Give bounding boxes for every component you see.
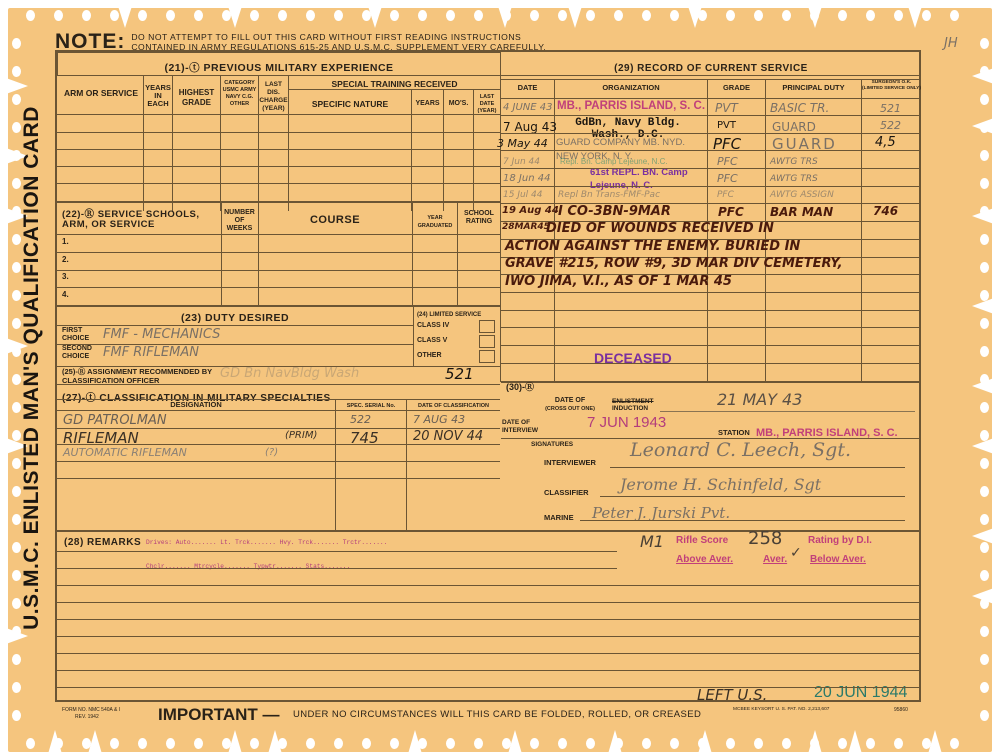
col-surgeon-ok: SURGEON'S O.K. (LIMITED SERVICE ONLY) — [862, 80, 921, 92]
service-org-4: Repl. Bn. Camp Lejeune, N.C. — [560, 157, 668, 166]
first-choice-label: FIRST CHOICE — [62, 327, 102, 343]
classification-designation: RIFLEMAN — [63, 429, 139, 447]
classification-serial: 745 — [350, 429, 379, 447]
service-schools-title: (22)-Ⓡ SERVICE SCHOOLS, ARM, OR SERVICE — [62, 210, 222, 230]
death-date: 28MAR45 — [502, 222, 550, 232]
service-row-line — [501, 345, 921, 346]
service-org-7: I CO-3BN-9MAR — [558, 204, 671, 219]
limited-option-label: CLASS IV — [417, 322, 449, 330]
rifle-rating-label: Rating by D.I. — [808, 535, 872, 546]
col-category: CATEGORY USMC ARMY NAVY C.G. OTHER — [221, 80, 258, 108]
signatures-label: SIGNATURES — [531, 441, 573, 449]
service-grade-4: PFC — [717, 155, 738, 168]
col-principal-duty: PRINCIPAL DUTY — [766, 84, 861, 92]
service-code-7: 746 — [873, 204, 898, 218]
col-specific-nature: SPECIFIC NATURE — [289, 100, 411, 108]
col-date: DATE — [501, 84, 554, 92]
service-row-line — [501, 168, 921, 169]
service-grade-2: PVT — [717, 120, 736, 131]
school-row-number: 2. — [62, 256, 69, 264]
limited-option-label: CLASS V — [417, 337, 447, 345]
col-discharge: LAST DIS. CHARGE (YEAR) — [259, 81, 288, 113]
remark-line — [57, 568, 617, 569]
induction-label: INDUCTION — [612, 405, 648, 413]
classification-note: (PRIM) — [285, 430, 317, 441]
col-date-classification: DATE OF CLASSIFICATION — [407, 402, 500, 410]
service-code-1: 521 — [880, 102, 901, 115]
interview-date-label: DATE OF INTERVIEW — [502, 419, 552, 435]
service-date-3: 3 May 44 — [497, 137, 548, 150]
current-service-title: (29) RECORD OF CURRENT SERVICE — [501, 63, 921, 74]
service-org-5: 61st REPL. BN. Camp Lejeune, N. C. — [590, 166, 700, 192]
classification-designation: AUTOMATIC RIFLEMAN — [63, 446, 187, 459]
col-year-graduated: YEAR GRADUATED — [413, 214, 457, 230]
col-st-last: LAST DATE (YEAR) — [474, 94, 500, 115]
classifier-signature: Jerome H. Schinfeld, Sgt — [620, 475, 821, 494]
service-duty-4: AWTG TRS — [770, 157, 818, 167]
col-designation: DESIGNATION — [57, 401, 335, 409]
school-row-number: 3. — [62, 273, 69, 281]
remark-line — [57, 670, 921, 671]
service-row-line — [501, 186, 921, 187]
second-choice-value: FMF RIFLEMAN — [103, 345, 199, 360]
service-date-4: 7 Jun 44 — [503, 157, 540, 167]
col-spec-serial: SPEC. SERIAL No. — [336, 402, 406, 410]
service-grade-5: PFC — [717, 172, 738, 185]
classification-note: (?) — [265, 447, 278, 458]
death-record-line: GRAVE #215, ROW #9, 3D MAR DIV CEMETERY, — [505, 256, 843, 271]
printer-code: 95860 — [894, 706, 908, 714]
limited-option-label: OTHER — [417, 352, 442, 360]
service-row-line — [501, 292, 921, 293]
important-label: IMPORTANT — — [158, 705, 280, 725]
duty-desired-title: (23) DUTY DESIRED — [57, 312, 413, 324]
remark-line — [57, 619, 921, 620]
service-org-6: Repl Bn Trans-FMF-Pac — [558, 190, 660, 200]
service-date-2: 7 Aug 43 — [503, 120, 557, 134]
rating-check-mark: ✓ — [790, 545, 802, 561]
service-date-1: 4 JUNE 43 — [503, 102, 553, 113]
rifle-score-value: 258 — [748, 528, 782, 549]
death-record-line: IWO JIMA, V.I., AS OF 1 MAR 45 — [505, 274, 732, 289]
col-school-rating: SCHOOL RATING — [458, 210, 500, 226]
first-choice-value: FMF - MECHANICS — [103, 327, 220, 342]
service-duty-1: BASIC TR. — [770, 101, 829, 115]
service-grade-1: PVT — [715, 101, 738, 115]
limited-option-checkbox[interactable] — [479, 335, 495, 348]
service-row-line — [501, 327, 921, 328]
rating-above-average: Above Aver. — [676, 554, 733, 565]
service-date-6: 15 Jul 44 — [503, 190, 543, 200]
col-st-months: MO'S. — [444, 100, 473, 108]
cross-out-label: (CROSS OUT ONE) — [525, 405, 615, 413]
remark-line — [57, 602, 921, 603]
service-row-line — [501, 133, 921, 134]
service-grade-7: PFC — [718, 205, 744, 219]
marine-label: MARINE — [544, 514, 574, 522]
note-text: DO NOT ATTEMPT TO FILL OUT THIS CARD WIT… — [131, 32, 546, 52]
interview-date-value: 7 JUN 1943 — [587, 414, 666, 431]
service-row-line — [501, 363, 921, 364]
col-special-training: SPECIAL TRAINING RECEIVED — [289, 80, 500, 88]
assignment-faint: GD Bn NavBldg Wash — [220, 366, 359, 381]
printer-info: MCBEE KEYSORT U. S. PAT. NO. 2,213,607 — [733, 706, 829, 714]
remark-line — [57, 687, 921, 688]
limited-option-checkbox[interactable] — [479, 320, 495, 333]
assignment-title: (25)-Ⓡ ASSIGNMENT RECOMMENDED BY CLASSIF… — [62, 367, 242, 385]
col-arm: ARM OR SERVICE — [60, 88, 142, 98]
classification-date: 20 NOV 44 — [413, 429, 483, 444]
limited-service-title: (24) LIMITED SERVICE — [417, 311, 497, 319]
remark-line — [57, 551, 617, 552]
classification-serial: 522 — [350, 413, 371, 426]
col-organization: ORGANIZATION — [555, 84, 707, 92]
service-row-line — [501, 203, 921, 204]
rifle-score-label: Rifle Score — [676, 535, 728, 546]
classification-designation: GD PATROLMAN — [63, 413, 167, 428]
remark-line — [57, 585, 921, 586]
interviewer-signature: Leonard C. Leech, Sgt. — [630, 439, 851, 461]
corner-mark: JH — [944, 36, 958, 51]
classification-date: 7 AUG 43 — [413, 413, 465, 426]
service-date-5: 18 Jun 44 — [503, 173, 550, 184]
service-duty-2: GUARD — [772, 120, 816, 134]
station-label: STATION — [718, 429, 750, 437]
service-code-3: 4,5 — [875, 135, 896, 150]
col-course: COURSE — [258, 214, 412, 226]
date-of-label: DATE OF — [540, 397, 600, 405]
remarks-drives: Drives: Auto....... Lt. Trck....... Hvy.… — [146, 539, 387, 546]
service-duty-6: AWTG ASSIGN — [770, 190, 834, 200]
school-row-number: 4. — [62, 291, 69, 299]
death-record-line: ACTION AGAINST THE ENEMY. BURIED IN — [505, 239, 800, 254]
school-row-number: 1. — [62, 238, 69, 246]
form-revision: REV. 1942 — [75, 713, 99, 721]
second-choice-label: SECOND CHOICE — [62, 345, 102, 361]
important-text: UNDER NO CIRCUMSTANCES WILL THIS CARD BE… — [293, 711, 701, 719]
enlistment-section-title: (30)-Ⓡ — [506, 383, 534, 391]
col-weeks: NUMBER OF WEEKS — [221, 209, 258, 233]
col-st-years: YEARS — [412, 100, 443, 108]
service-row-line — [501, 310, 921, 311]
col-years: YEARS IN EACH — [144, 84, 172, 108]
remark-line — [57, 653, 921, 654]
assignment-code: 521 — [445, 365, 474, 383]
service-row-line — [501, 150, 921, 151]
col-grade: GRADE — [708, 84, 765, 92]
card-title: U.S.M.C. ENLISTED MAN'S QUALIFICATION CA… — [20, 88, 44, 648]
service-row-line — [501, 115, 921, 116]
enlistment-date-value: 21 MAY 43 — [717, 390, 802, 409]
previous-military-title: (21)-ⓣ PREVIOUS MILITARY EXPERIENCE — [57, 60, 501, 75]
col-grade: HIGHEST GRADE — [173, 88, 220, 108]
service-code-2: 522 — [880, 119, 901, 132]
limited-option-checkbox[interactable] — [479, 350, 495, 363]
remarks-title: (28) REMARKS — [64, 537, 141, 548]
death-record-line: DIED OF WOUNDS RECEIVED IN — [546, 221, 774, 236]
service-date-7: 19 Aug 44 — [502, 205, 559, 216]
rating-average: Aver. — [763, 554, 787, 565]
rifle-weapon: M1 — [640, 532, 664, 551]
service-duty-7: BAR MAN — [770, 205, 833, 219]
classifier-label: CLASSIFIER — [544, 489, 589, 497]
interviewer-label: INTERVIEWER — [544, 459, 596, 467]
service-duty-5: AWTG TRS — [770, 174, 818, 184]
left-us-label: LEFT U.S. — [697, 686, 767, 704]
remark-line — [57, 636, 921, 637]
service-grade-6: PFC — [717, 190, 734, 200]
rating-below-average: Below Aver. — [810, 554, 866, 565]
service-org-1: MB., PARRIS ISLAND, S. C. — [557, 100, 705, 112]
